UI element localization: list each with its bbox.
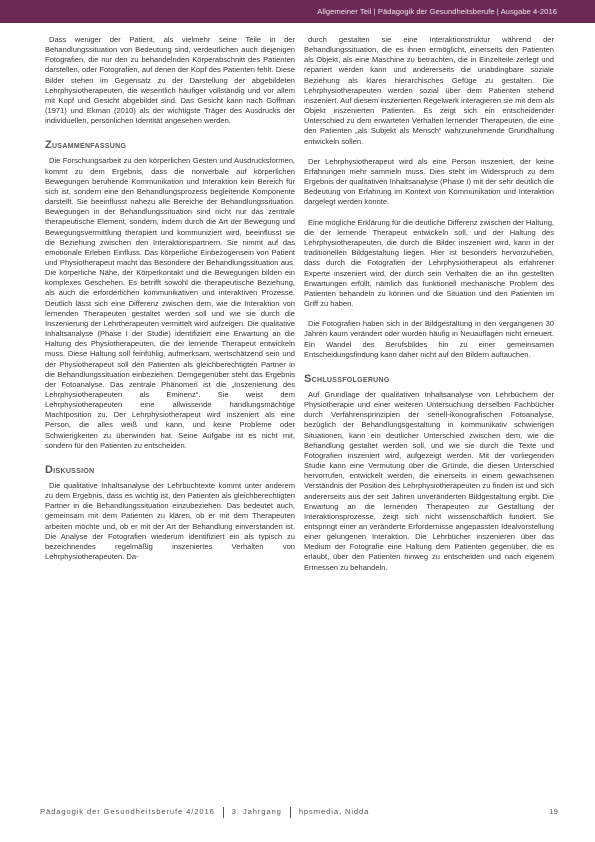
paragraph-2: Der Lehrphysiotherapeut wird als eine Pe… (304, 157, 554, 208)
right-column: durch gestalten sie eine Interaktionstru… (304, 35, 554, 573)
heading-schlussfolgerung: Schlussfolgerung (304, 373, 554, 385)
diskussion-paragraph: Die qualitative Inhaltsanalyse der Lehrb… (45, 481, 295, 562)
zusammenfassung-paragraph: Die Forschungsarbeit zu den körperlichen… (45, 156, 295, 451)
heading-zusammenfassung: Zusammenfassung (45, 139, 295, 151)
heading-diskussion: Diskussion (45, 464, 295, 476)
footer-divider (290, 807, 291, 818)
footer-volume: 3. Jahrgang (232, 805, 282, 819)
running-header: Allgemeiner Teil | Pädagogik der Gesundh… (0, 0, 595, 23)
footer-divider (223, 807, 224, 818)
schlussfolgerung-paragraph: Auf Grundlage der qualitativen Inhaltsan… (304, 390, 554, 573)
page-footer: Pädagogik der Gesundheitsberufe 4/2016 3… (40, 805, 558, 819)
continuation-paragraph: durch gestalten sie eine Interaktionstru… (304, 35, 554, 147)
paragraph-4: Die Fotografien haben sich in der Bildge… (304, 319, 554, 360)
intro-paragraph: Dass weniger der Patient, als vielmehr s… (45, 35, 295, 126)
footer-publisher: hpsmedia, Nidda (299, 805, 370, 819)
running-title: Allgemeiner Teil | Pädagogik der Gesundh… (317, 7, 557, 16)
page-number: 19 (549, 805, 558, 819)
footer-journal: Pädagogik der Gesundheitsberufe 4/2016 (40, 805, 215, 819)
left-column: Dass weniger der Patient, als vielmehr s… (45, 35, 295, 562)
paragraph-3: Eine mögliche Erklärung für die deutlich… (304, 218, 554, 309)
